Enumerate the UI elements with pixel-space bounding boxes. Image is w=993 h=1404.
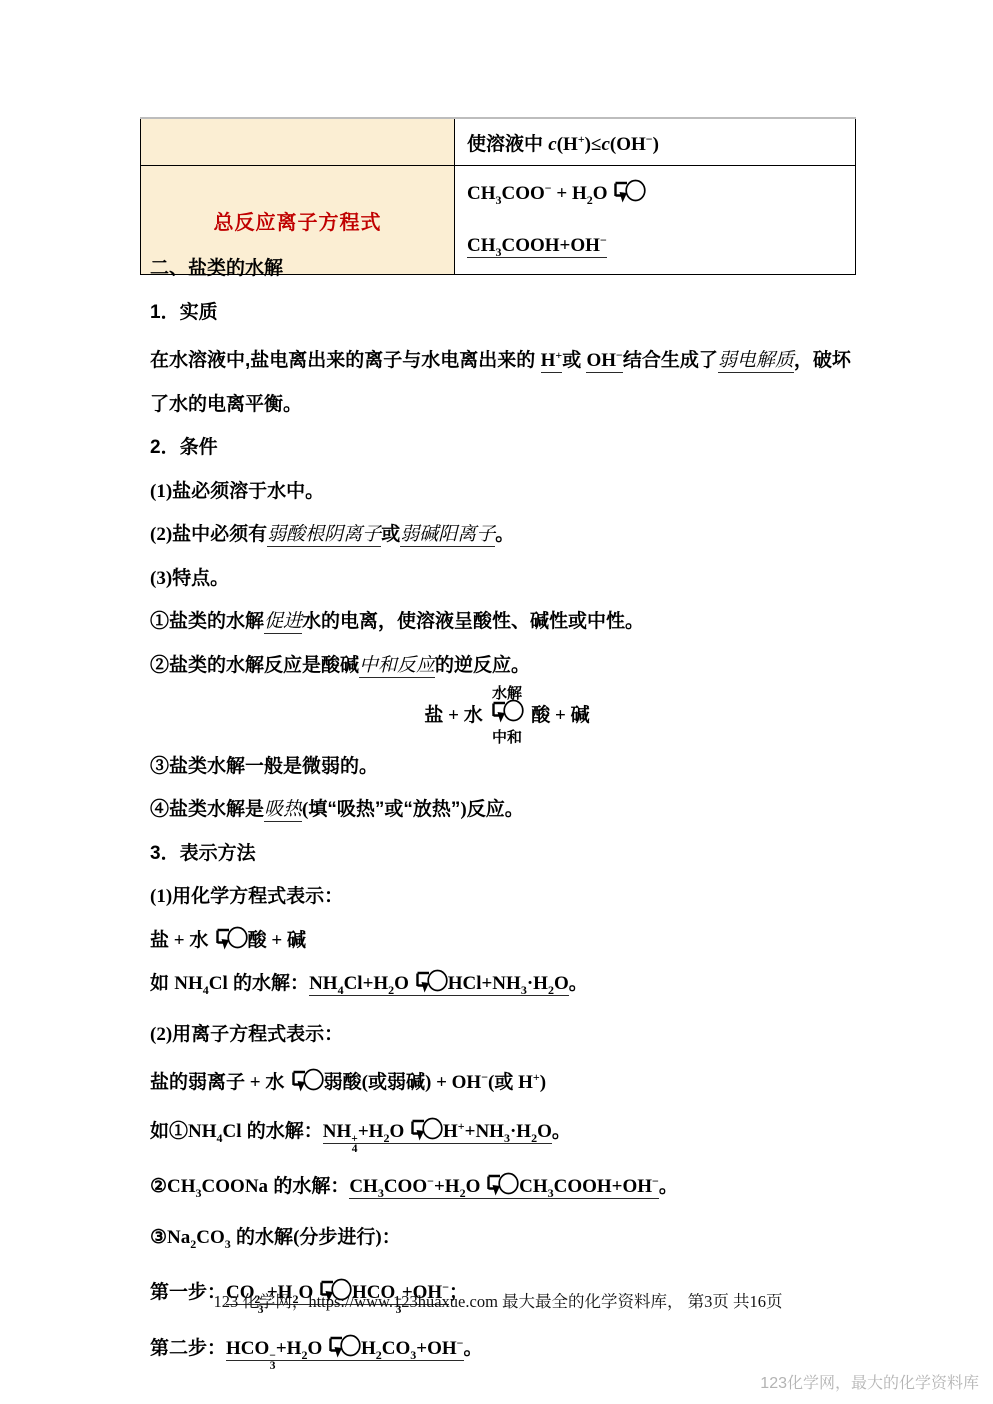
text-run: 中和反应 — [359, 655, 435, 676]
text-run: c — [601, 134, 609, 155]
text-run: (1) — [150, 481, 172, 502]
text-run: +H — [434, 1176, 460, 1197]
text-run: 结合生成了 — [623, 350, 718, 371]
text-run: 酸 — [526, 705, 550, 726]
text-run: ②盐类的水解反应是酸碱 — [150, 655, 359, 676]
text-run: 碱 — [571, 705, 590, 726]
text-run: NH — [174, 973, 203, 994]
text-run: 在水溶液中,盐电离出来的离子与水电离出来的 — [150, 350, 541, 371]
text-run: O — [554, 973, 569, 994]
equilibrium-symbol-icon — [485, 1165, 519, 1209]
text-run: 特点。 — [172, 568, 229, 589]
text-run: ③ — [150, 1227, 167, 1248]
text-run: HCO — [226, 1338, 269, 1359]
text-run: 盐中必须有 — [172, 524, 267, 545]
text-run: 分步进行 — [299, 1227, 375, 1248]
text-run: − — [457, 1336, 464, 1350]
text-run: 弱酸 — [324, 1072, 362, 1093]
text-run: O — [394, 973, 414, 994]
neutralization-label: 中和 — [492, 731, 522, 745]
text-run: 填“吸热”或“放热” — [308, 799, 460, 820]
equilibrium-symbol-icon — [409, 1110, 443, 1154]
text-run: OH — [586, 350, 616, 371]
text-run: 吸热 — [264, 799, 302, 820]
condition-1: (1)盐必须溶于水中。 — [150, 470, 864, 514]
text-run: 如① — [150, 1121, 188, 1142]
point-3-method-heading: 3．表示方法 — [150, 832, 864, 876]
text-run: 弱酸根阴离子 — [267, 524, 381, 545]
text-run: NH — [188, 1121, 217, 1142]
condition-formula: 使溶液中 c(H+)≤c(OH−) — [467, 134, 659, 155]
total-ionic-equation-label: 总反应离子方程式 — [214, 212, 382, 234]
method-2-heading: (2)用离子方程式表示： — [150, 1013, 864, 1057]
text-run: H — [361, 1338, 376, 1359]
text-run: + — [267, 930, 287, 951]
text-run: CH — [519, 1176, 548, 1197]
underlined-blank: OH− — [586, 350, 622, 373]
text-run: (2) — [150, 1024, 172, 1045]
text-run: 或弱碱 — [368, 1072, 425, 1093]
document-page: 使溶液中 c(H+)≤c(OH−) 总反应离子方程式 CH3COO− + H2O… — [0, 0, 993, 1404]
text-run: ·H — [527, 973, 548, 994]
text-run: 的逆反应。 — [435, 655, 530, 676]
table-cell-label-empty — [141, 118, 455, 166]
salt-water-equation: 盐 + 水 酸 + 碱 — [150, 919, 864, 963]
text-run: 。 — [495, 524, 514, 545]
text-run: 碱 — [287, 930, 306, 951]
text-run: CH — [467, 183, 496, 204]
equilibrium-symbol-icon — [414, 962, 448, 1006]
table-row: 使溶液中 c(H+)≤c(OH−) — [141, 118, 856, 166]
text-run: HCl+NH — [448, 973, 521, 994]
text-run: NH — [323, 1121, 352, 1142]
text-run: Cl+H — [344, 973, 389, 994]
underlined-blank: NH4Cl+H2O HCl+NH3·H2O — [309, 973, 569, 996]
text-run: COONa — [202, 1176, 269, 1197]
text-run: +H — [358, 1121, 384, 1142]
text-run: Cl — [209, 973, 228, 994]
text-run: + — [245, 1072, 265, 1093]
text-run: (OH — [610, 134, 646, 155]
point-1-essence-heading: 1．实质 — [150, 291, 864, 335]
text-run: Na — [167, 1227, 190, 1248]
text-run: (H — [557, 134, 578, 155]
text-run: 。 — [569, 973, 588, 994]
equilibrium-symbol-icon — [214, 919, 248, 963]
equilibrium-symbol-icon — [612, 174, 646, 214]
text-run: H — [541, 350, 556, 371]
text-run: − — [616, 348, 623, 362]
text-run: 或 — [381, 524, 400, 545]
text-run: (3) — [150, 568, 172, 589]
ionic-equation-line-1: CH3COO− + H2O — [467, 168, 845, 220]
na2co3-heading: ③Na2CO3 的水解(分步进行)： — [150, 1216, 864, 1267]
underlined-blank: 弱电解质 — [718, 350, 794, 373]
equilibrium-symbol-icon — [327, 1327, 361, 1371]
text-run: 水 — [464, 705, 488, 726]
text-run: − — [600, 233, 607, 247]
text-run: 1．实质 — [150, 302, 218, 323]
text-run: +NH — [465, 1121, 504, 1142]
text-run: − — [545, 181, 552, 195]
text-run: 。 — [464, 1338, 483, 1359]
text-run: 的水解： — [268, 1176, 349, 1197]
text-run: ③盐类水解一般是微弱的。 — [150, 756, 378, 777]
text-run: 3．表示方法 — [150, 843, 256, 864]
feature-3: ③盐类水解一般是微弱的。 — [150, 745, 864, 789]
feature-4: ④盐类水解是吸热(填“吸热”或“放热”)反应。 — [150, 788, 864, 832]
text-run: O — [389, 1121, 409, 1142]
text-run: Cl — [223, 1121, 242, 1142]
text-run: c — [548, 134, 556, 155]
text-run: 水的电离，使溶液呈酸性、碱性或中性。 — [302, 611, 644, 632]
underlined-blank: NH+4+H2O H++NH3·H2O — [323, 1121, 552, 1144]
text-run: + — [578, 132, 585, 146]
text-run: 2．条件 — [150, 437, 218, 458]
text-run: (1) — [150, 886, 172, 907]
text-run: H — [443, 1121, 458, 1142]
nh4cl-chemical-equation: 如 NH4Cl 的水解：NH4Cl+H2O HCl+NH3·H2O。 — [150, 962, 864, 1013]
ch3coona-ionic-equation: ②CH3COONa 的水解：CH3COO−+H2O CH3COOH+OH−。 — [150, 1160, 864, 1216]
underlined-blank: CH3COO−+H2O CH3COOH+OH− — [349, 1176, 659, 1199]
text-run: ： — [382, 1227, 401, 1248]
text-run: 弱电解质 — [718, 350, 794, 371]
equilibrium-symbol-icon: 水解中和 — [490, 687, 524, 745]
text-run: − — [646, 132, 653, 146]
text-run: 用离子方程式表示： — [172, 1024, 343, 1045]
method-1-heading: (1)用化学方程式表示： — [150, 875, 864, 919]
text-run: O — [307, 1338, 327, 1359]
text-run: ) — [653, 134, 659, 155]
text-run: 用化学方程式表示： — [172, 886, 343, 907]
hydrolysis-neutralization-equation: 盐 + 水 水解中和 酸 + 碱 — [150, 687, 864, 745]
nh4cl-ionic-equation: 如①NH4Cl 的水解：NH+4+H2O H++NH3·H2O。 — [150, 1105, 864, 1161]
text-run: 或 — [562, 350, 586, 371]
text-run: ①盐类的水解 — [150, 611, 264, 632]
underlined-blank: 中和反应 — [359, 655, 435, 678]
text-run: 二、盐类的水解 — [150, 258, 283, 279]
text-run: 使溶液中 — [467, 134, 548, 155]
text-run: 盐 — [424, 705, 443, 726]
text-run: + — [550, 705, 570, 726]
condition-3: (3)特点。 — [150, 557, 864, 601]
text-run: − — [427, 1174, 434, 1188]
text-run: )≤ — [585, 134, 602, 155]
text-run: O — [537, 1121, 552, 1142]
section-2-heading: 二、盐类的水解 — [150, 247, 864, 291]
document-body: 二、盐类的水解1．实质在水溶液中,盐电离出来的离子与水电离出来的 H+或 OH−… — [150, 247, 864, 1377]
text-run: (2) — [150, 524, 172, 545]
text-run: + OH — [431, 1072, 481, 1093]
point-2-condition-heading: 2．条件 — [150, 426, 864, 470]
text-run: 的水解： — [242, 1121, 323, 1142]
feature-1: ①盐类的水解促进水的电离，使溶液呈酸性、碱性或中性。 — [150, 600, 864, 644]
text-run: +H — [276, 1338, 302, 1359]
table-cell-condition: 使溶液中 c(H+)≤c(OH−) — [455, 118, 856, 166]
text-run: 。 — [659, 1176, 678, 1197]
na2co3-step2: 第二步：HCO−3+H2O H2CO3+OH−。 — [150, 1322, 864, 1378]
text-run: 弱碱阳离子 — [400, 524, 495, 545]
text-run: CH — [349, 1176, 378, 1197]
ionic-general-equation: 盐的弱离子 + 水 弱酸(或弱碱) + OH−(或 H+) — [150, 1056, 864, 1105]
text-run: + — [533, 1070, 540, 1084]
underlined-blank: 弱酸根阴离子 — [267, 524, 381, 547]
text-run: ·H — [510, 1121, 531, 1142]
hydrolysis-label: 水解 — [492, 687, 522, 701]
text-run: + — [169, 930, 189, 951]
text-run: − — [652, 1174, 659, 1188]
text-run: COO — [384, 1176, 427, 1197]
feature-2: ②盐类的水解反应是酸碱中和反应的逆反应。 — [150, 644, 864, 688]
text-run: CO — [196, 1227, 225, 1248]
text-run: 盐的弱离子 — [150, 1072, 245, 1093]
text-run: 盐必须溶于水中。 — [172, 481, 324, 502]
text-run: CH — [167, 1176, 196, 1197]
text-run: NH — [309, 973, 338, 994]
text-run: 促进 — [264, 611, 302, 632]
text-run: COOH+OH — [554, 1176, 652, 1197]
text-run: 水 — [189, 930, 213, 951]
text-run: + — [443, 705, 463, 726]
site-watermark: 123化学网，最大的化学资料库 — [760, 1370, 979, 1393]
text-run: O — [593, 183, 613, 204]
text-run: ② — [150, 1176, 167, 1197]
underlined-blank: 弱碱阳离子 — [400, 524, 495, 547]
text-run: ) — [540, 1072, 546, 1093]
text-run: CO — [382, 1338, 411, 1359]
text-run: 酸 — [248, 930, 267, 951]
underlined-blank: 促进 — [264, 611, 302, 634]
text-run: 的水解： — [228, 973, 309, 994]
text-run: 如 — [150, 973, 174, 994]
text-run: 盐 — [150, 930, 169, 951]
text-run: + — [458, 1119, 465, 1133]
condition-2: (2)盐中必须有弱酸根阴离子或弱碱阳离子。 — [150, 513, 864, 557]
text-run: O — [466, 1176, 486, 1197]
text-run: 水 — [265, 1072, 289, 1093]
text-run: + H — [552, 183, 587, 204]
text-run: ④盐类水解是 — [150, 799, 264, 820]
underlined-blank: HCO−3+H2O H2CO3+OH− — [226, 1338, 464, 1361]
underlined-blank: 吸热 — [264, 799, 302, 822]
text-run: 的水解 — [231, 1227, 293, 1248]
text-run: 反应。 — [467, 799, 524, 820]
equilibrium-symbol-icon — [290, 1061, 324, 1105]
text-run: 第二步： — [150, 1338, 226, 1359]
underlined-blank: H+ — [541, 350, 563, 373]
text-run: 或 — [494, 1072, 513, 1093]
text-run: H — [513, 1072, 533, 1093]
essence-paragraph: 在水溶液中,盐电离出来的离子与水电离出来的 H+或 OH−结合生成了弱电解质，破… — [150, 334, 864, 426]
text-run: 。 — [552, 1121, 571, 1142]
text-run: +OH — [416, 1338, 456, 1359]
page-footer: 123 化学网，https://www.123huaxue.com 最大最全的化… — [140, 1288, 856, 1312]
text-run: COO — [502, 183, 545, 204]
